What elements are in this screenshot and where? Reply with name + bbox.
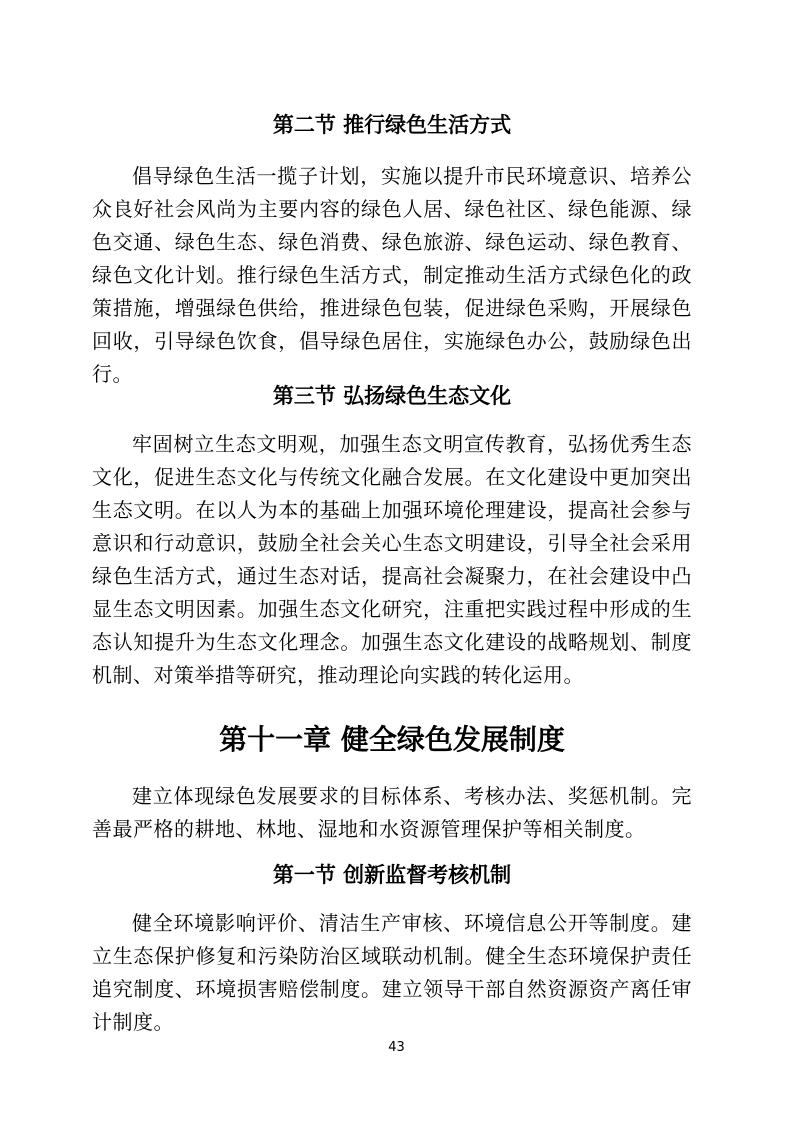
section-heading-1: 第一节 创新监督考核机制 bbox=[92, 861, 692, 889]
section-heading-3: 第三节 弘扬绿色生态文化 bbox=[92, 382, 692, 410]
section-heading-2: 第二节 推行绿色生活方式 bbox=[92, 111, 692, 139]
section-1-paragraph: 健全环境影响评价、清洁生产审核、环境信息公开等制度。建立生态保护修复和污染防治区… bbox=[92, 907, 692, 1039]
section-3-paragraph: 牢固树立生态文明观，加强生态文明宣传教育，弘扬优秀生态文化，促进生态文化与传统文… bbox=[92, 428, 692, 692]
chapter-intro-paragraph: 建立体现绿色发展要求的目标体系、考核办法、奖惩机制。完善最严格的耕地、林地、湿地… bbox=[92, 780, 692, 846]
page-number: 43 bbox=[0, 1040, 793, 1055]
section-2-paragraph: 倡导绿色生活一揽子计划，实施以提升市民环境意识、培养公众良好社会风尚为主要内容的… bbox=[92, 160, 692, 391]
chapter-heading: 第十一章 健全绿色发展制度 bbox=[92, 722, 692, 758]
document-page: 第二节 推行绿色生活方式 倡导绿色生活一揽子计划，实施以提升市民环境意识、培养公… bbox=[0, 0, 793, 1122]
